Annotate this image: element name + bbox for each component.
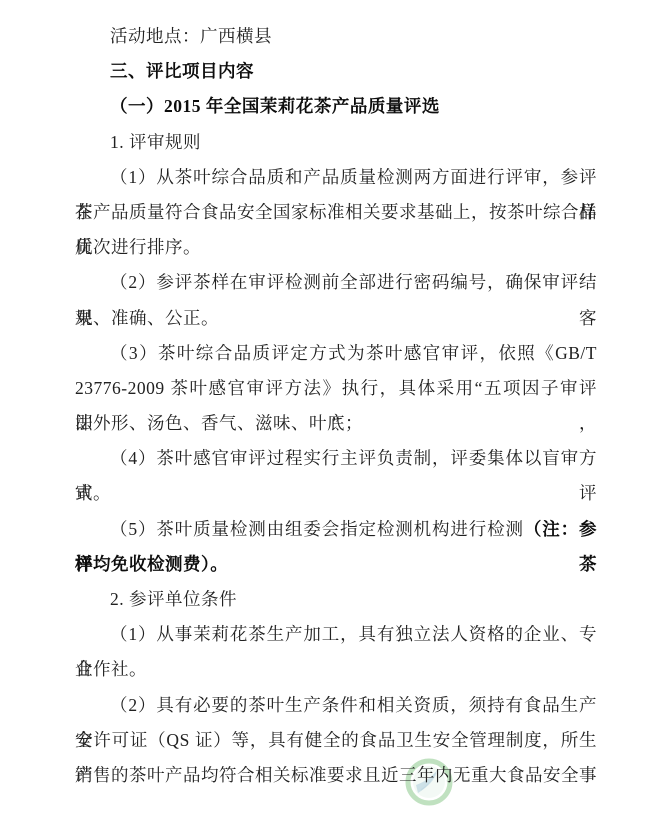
text-segment: 优次进行排序。: [75, 237, 201, 257]
text-line: 活动地点：广西横县: [75, 19, 597, 54]
text-line: 合作社。: [75, 652, 597, 687]
text-segment: 活动地点：广西横县: [110, 26, 272, 46]
text-segment: 2. 参评单位条件: [110, 589, 237, 609]
text-line: （一）2015 年全国茉莉花茶产品质量评选: [75, 89, 597, 124]
text-segment: 销售的茶叶产品均符合相关标准要求且近三年内无重大食品安全事: [75, 765, 597, 785]
bold-text-segment: 三、评比项目内容: [110, 61, 254, 81]
text-line: （4）茶叶感官审评过程实行主评负责制，评委集体以盲审方式评: [75, 441, 597, 476]
text-segment: 即外形、汤色、香气、滋味、叶底；: [75, 413, 363, 433]
text-segment: 观、准确、公正。: [75, 308, 219, 328]
bold-text-segment: 样均免收检测费）。: [75, 554, 228, 574]
text-line: 23776-2009 茶叶感官审评方法》执行，具体采用“五项因子审评法”，: [75, 371, 597, 406]
text-line: （3）茶叶综合品质评定方式为茶叶感官审评，依照《GB/T: [75, 336, 597, 371]
text-line: 1. 评审规则: [75, 125, 597, 160]
text-segment: （5）茶叶质量检测由组委会指定检测机构进行检测: [110, 519, 524, 539]
bold-text-segment: （一）2015 年全国茉莉花茶产品质量评选: [110, 96, 440, 116]
text-segment: 合作社。: [75, 659, 147, 679]
text-line: （1）从事茉莉花茶生产加工，具有独立法人资格的企业、专业: [75, 617, 597, 652]
text-line: 2. 参评单位条件: [75, 582, 597, 617]
text-line: 销售的茶叶产品均符合相关标准要求且近三年内无重大食品安全事: [75, 758, 597, 793]
document-body: 活动地点：广西横县三、评比项目内容（一）2015 年全国茉莉花茶产品质量评选1.…: [75, 19, 597, 793]
document-page: 活动地点：广西横县三、评比项目内容（一）2015 年全国茉莉花茶产品质量评选1.…: [0, 0, 666, 829]
text-line: 在产品质量符合食品安全国家标准相关要求基础上，按茶叶综合品质: [75, 195, 597, 230]
text-line: 三、评比项目内容: [75, 54, 597, 89]
text-line: （2）具有必要的茶叶生产条件和相关资质，须持有食品生产安: [75, 688, 597, 723]
text-line: 全许可证（QS 证）等，具有健全的食品卫生安全管理制度，所生产: [75, 723, 597, 758]
text-segment: 审。: [75, 483, 111, 503]
text-line: （1）从茶叶综合品质和产品质量检测两方面进行评审，参评茶样: [75, 160, 597, 195]
text-segment: （3）茶叶综合品质评定方式为茶叶感官审评，依照《GB/T: [110, 343, 597, 363]
text-line: 优次进行排序。: [75, 230, 597, 265]
text-segment: 1. 评审规则: [110, 132, 201, 152]
text-line: （2）参评茶样在审评检测前全部进行密码编号，确保审评结果客: [75, 265, 597, 300]
text-line: （5）茶叶质量检测由组委会指定检测机构进行检测（注：参评茶: [75, 512, 597, 547]
text-segment: （4）茶叶感官审评过程实行主评负责制，评委集体以盲审方式评: [75, 448, 597, 503]
